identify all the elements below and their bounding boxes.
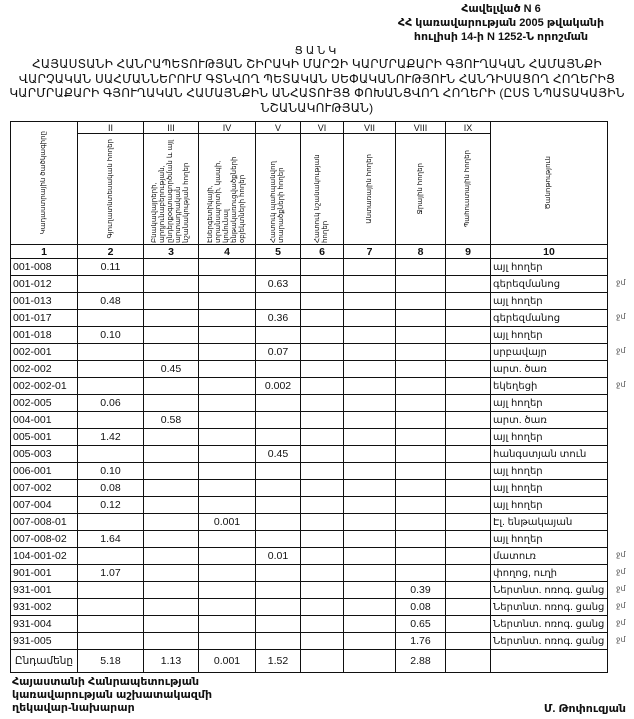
area-value bbox=[344, 378, 396, 395]
area-value bbox=[396, 395, 446, 412]
total-label: Ընդամենը bbox=[11, 650, 78, 673]
land-list-table: Կադաստրային ծածկագիրը II III IV V VI VII… bbox=[10, 121, 608, 673]
area-value bbox=[344, 395, 396, 412]
area-value bbox=[344, 565, 396, 582]
area-value bbox=[301, 412, 344, 429]
note-cell: հանգստյան տուն bbox=[491, 446, 608, 463]
note-cell: Ներտնտ. ոռոգ. ցանց bbox=[491, 599, 608, 616]
area-value bbox=[446, 429, 491, 446]
area-value bbox=[446, 497, 491, 514]
area-value bbox=[301, 429, 344, 446]
cadastral-code: 002-002 bbox=[11, 361, 78, 378]
area-value bbox=[301, 361, 344, 378]
total-cell: 2.88 bbox=[396, 650, 446, 673]
table-row: 901-0011.07փողոց, ուղի bbox=[11, 565, 608, 582]
area-value bbox=[344, 599, 396, 616]
document-heading: ՑԱՆԿ bbox=[0, 44, 634, 57]
area-value bbox=[344, 497, 396, 514]
area-value bbox=[144, 497, 199, 514]
area-value bbox=[199, 327, 256, 344]
area-value: 1.42 bbox=[78, 429, 144, 446]
note-cell: արտ. ծառ bbox=[491, 412, 608, 429]
area-value: 0.45 bbox=[144, 361, 199, 378]
area-value bbox=[256, 514, 301, 531]
cadastral-code: 002-001 bbox=[11, 344, 78, 361]
area-value bbox=[344, 548, 396, 565]
column-number: 1 bbox=[11, 245, 78, 259]
header-energy-transport: Էներգետիկայի, տրանսպորտի, կապի, կոմունալ… bbox=[199, 134, 256, 245]
column-number: 7 bbox=[344, 245, 396, 259]
area-value bbox=[344, 514, 396, 531]
header-note: Ծանոթություն bbox=[491, 122, 608, 245]
area-value bbox=[256, 616, 301, 633]
area-value bbox=[396, 514, 446, 531]
column-number: 5 bbox=[256, 245, 301, 259]
area-value bbox=[396, 293, 446, 310]
area-value bbox=[344, 582, 396, 599]
area-value bbox=[144, 344, 199, 361]
signatory-position: Հայաստանի Հանրապետության կառավարության ա… bbox=[12, 676, 212, 715]
area-value bbox=[199, 633, 256, 650]
area-value bbox=[301, 344, 344, 361]
area-value bbox=[78, 548, 144, 565]
roman-header: VIII bbox=[396, 122, 446, 134]
column-number-row: 1 2 3 4 5 6 7 8 9 10 bbox=[11, 245, 608, 259]
roman-header: VII bbox=[344, 122, 396, 134]
area-value bbox=[144, 548, 199, 565]
area-value bbox=[396, 497, 446, 514]
area-value bbox=[199, 310, 256, 327]
area-value bbox=[144, 616, 199, 633]
note-cell: այլ հողեր bbox=[491, 259, 608, 276]
table-row: 931-0051.76Ներտնտ. ոռոգ. ցանց bbox=[11, 633, 608, 650]
header-forest: Անտառային հողեր bbox=[344, 134, 396, 245]
roman-header-row: Կադաստրային ծածկագիրը II III IV V VI VII… bbox=[11, 122, 608, 134]
area-value bbox=[199, 276, 256, 293]
area-value bbox=[344, 344, 396, 361]
table-row: 007-0040.12այլ հողեր bbox=[11, 497, 608, 514]
area-value bbox=[344, 293, 396, 310]
table-row: 001-0080.11այլ հողեր bbox=[11, 259, 608, 276]
area-value bbox=[344, 531, 396, 548]
area-value: 0.06 bbox=[78, 395, 144, 412]
area-value bbox=[396, 548, 446, 565]
area-value bbox=[256, 412, 301, 429]
area-value: 0.12 bbox=[78, 497, 144, 514]
area-value bbox=[78, 276, 144, 293]
area-value bbox=[301, 582, 344, 599]
area-value bbox=[78, 599, 144, 616]
area-value: 0.10 bbox=[78, 327, 144, 344]
area-value: 1.64 bbox=[78, 531, 144, 548]
area-value bbox=[78, 412, 144, 429]
area-value bbox=[78, 446, 144, 463]
area-value bbox=[78, 344, 144, 361]
annex-number: Հավելված N 6 bbox=[376, 2, 626, 16]
column-number: 8 bbox=[396, 245, 446, 259]
area-value bbox=[446, 327, 491, 344]
area-value bbox=[256, 463, 301, 480]
area-value: 0.002 bbox=[256, 378, 301, 395]
area-value bbox=[344, 310, 396, 327]
area-value bbox=[301, 378, 344, 395]
header-special-purpose: Հատուկ նշանակության հողեր bbox=[301, 134, 344, 245]
roman-header: V bbox=[256, 122, 301, 134]
area-value bbox=[301, 633, 344, 650]
total-cell: 0.001 bbox=[199, 650, 256, 673]
area-value bbox=[199, 548, 256, 565]
roman-header: II bbox=[78, 122, 144, 134]
total-cell bbox=[344, 650, 396, 673]
area-value bbox=[301, 480, 344, 497]
area-value bbox=[344, 633, 396, 650]
margin-mark: ջմ bbox=[616, 278, 626, 287]
column-number: 9 bbox=[446, 245, 491, 259]
area-value bbox=[344, 412, 396, 429]
column-number: 2 bbox=[78, 245, 144, 259]
margin-mark: ջմ bbox=[616, 312, 626, 321]
area-value bbox=[446, 378, 491, 395]
area-value bbox=[396, 259, 446, 276]
area-value bbox=[446, 599, 491, 616]
area-value: 0.48 bbox=[78, 293, 144, 310]
area-value bbox=[256, 429, 301, 446]
signatory-name: Մ. Թոփուզյան bbox=[544, 702, 626, 715]
note-cell: այլ հողեր bbox=[491, 395, 608, 412]
note-cell: սրբավայր bbox=[491, 344, 608, 361]
area-value bbox=[446, 531, 491, 548]
note-cell: այլ հողեր bbox=[491, 497, 608, 514]
table-row: 002-0010.07սրբավայր bbox=[11, 344, 608, 361]
margin-mark: ջմ bbox=[616, 567, 626, 576]
cadastral-code: 007-002 bbox=[11, 480, 78, 497]
position-line: Հայաստանի Հանրապետության bbox=[12, 676, 212, 689]
area-value bbox=[446, 361, 491, 378]
cadastral-code: 001-017 bbox=[11, 310, 78, 327]
total-cell: 5.18 bbox=[78, 650, 144, 673]
cadastral-code: 931-001 bbox=[11, 582, 78, 599]
area-value bbox=[446, 463, 491, 480]
cadastral-code: 931-004 bbox=[11, 616, 78, 633]
table-row: 007-0020.08այլ հողեր bbox=[11, 480, 608, 497]
area-value bbox=[144, 531, 199, 548]
margin-mark: ջմ bbox=[616, 380, 626, 389]
cadastral-code: 104-001-02 bbox=[11, 548, 78, 565]
column-number: 4 bbox=[199, 245, 256, 259]
area-value bbox=[301, 548, 344, 565]
area-value bbox=[144, 395, 199, 412]
area-value bbox=[344, 327, 396, 344]
area-value bbox=[344, 480, 396, 497]
area-value bbox=[199, 616, 256, 633]
area-value bbox=[199, 429, 256, 446]
area-value bbox=[446, 480, 491, 497]
cadastral-code: 931-005 bbox=[11, 633, 78, 650]
area-value bbox=[344, 259, 396, 276]
table-row: 005-0011.42այլ հողեր bbox=[11, 429, 608, 446]
area-value bbox=[256, 259, 301, 276]
area-value bbox=[396, 327, 446, 344]
margin-mark: ջմ bbox=[616, 584, 626, 593]
area-value bbox=[301, 497, 344, 514]
area-value bbox=[199, 497, 256, 514]
area-value bbox=[446, 633, 491, 650]
area-value bbox=[446, 582, 491, 599]
table-row: 931-0040.65Ներտնտ. ոռոգ. ցանց bbox=[11, 616, 608, 633]
document-title: ՀԱՅԱՍՏԱՆԻ ՀԱՆՐԱՊԵՏՈՒԹՅԱՆ ՇԻՐԱԿԻ ՄԱՐԶԻ ԿԱ… bbox=[8, 57, 626, 115]
cadastral-code: 007-008-01 bbox=[11, 514, 78, 531]
area-value bbox=[144, 565, 199, 582]
area-value bbox=[301, 310, 344, 327]
area-value bbox=[301, 565, 344, 582]
area-value bbox=[396, 463, 446, 480]
area-value: 0.001 bbox=[199, 514, 256, 531]
roman-header: VI bbox=[301, 122, 344, 134]
area-value bbox=[256, 565, 301, 582]
area-value: 0.39 bbox=[396, 582, 446, 599]
area-value bbox=[256, 582, 301, 599]
header-settlements-industry: Բնակավայրերի, արդյունաբերության, ընդերքօ… bbox=[144, 134, 199, 245]
area-value bbox=[256, 599, 301, 616]
total-row: Ընդամենը 5.18 1.13 0.001 1.52 2.88 bbox=[11, 650, 608, 673]
table-row: 007-008-021.64այլ հողեր bbox=[11, 531, 608, 548]
note-cell: գերեզմանոց bbox=[491, 276, 608, 293]
area-value bbox=[199, 599, 256, 616]
cadastral-code: 001-018 bbox=[11, 327, 78, 344]
area-value bbox=[344, 616, 396, 633]
area-value bbox=[396, 361, 446, 378]
area-value: 0.63 bbox=[256, 276, 301, 293]
column-number: 3 bbox=[144, 245, 199, 259]
annex-decree-line: ՀՀ կառավարության 2005 թվականի bbox=[376, 16, 626, 30]
table-row: 004-0010.58արտ. ծառ bbox=[11, 412, 608, 429]
area-value bbox=[301, 259, 344, 276]
area-value: 0.45 bbox=[256, 446, 301, 463]
header-reserve: Պահուստային հողեր bbox=[446, 134, 491, 245]
cadastral-code: 006-001 bbox=[11, 463, 78, 480]
area-value bbox=[144, 293, 199, 310]
area-value bbox=[446, 548, 491, 565]
annex-decree-date: հուլիսի 14-ի N 1252-Ն որոշման bbox=[376, 30, 626, 44]
note-cell: այլ հողեր bbox=[491, 327, 608, 344]
area-value bbox=[256, 293, 301, 310]
area-value bbox=[301, 327, 344, 344]
area-value bbox=[199, 480, 256, 497]
cadastral-code: 001-012 bbox=[11, 276, 78, 293]
area-value bbox=[446, 412, 491, 429]
header-cadastral-code: Կադաստրային ծածկագիրը bbox=[11, 122, 78, 245]
roman-header: IV bbox=[199, 122, 256, 134]
note-cell: Ներտնտ. ոռոգ. ցանց bbox=[491, 633, 608, 650]
area-value bbox=[396, 310, 446, 327]
margin-mark: ջմ bbox=[616, 618, 626, 627]
table-row: 002-002-010.002եկեղեցի bbox=[11, 378, 608, 395]
note-cell: այլ հողեր bbox=[491, 531, 608, 548]
total-cell: 1.52 bbox=[256, 650, 301, 673]
area-value bbox=[256, 480, 301, 497]
area-value bbox=[446, 446, 491, 463]
total-cell: 1.13 bbox=[144, 650, 199, 673]
area-value bbox=[301, 599, 344, 616]
area-value bbox=[144, 259, 199, 276]
annex-reference: Հավելված N 6 ՀՀ կառավարության 2005 թվակա… bbox=[376, 2, 626, 44]
area-value bbox=[446, 344, 491, 361]
area-value: 0.01 bbox=[256, 548, 301, 565]
area-value bbox=[396, 565, 446, 582]
area-value bbox=[344, 446, 396, 463]
cadastral-code: 001-013 bbox=[11, 293, 78, 310]
area-value bbox=[396, 531, 446, 548]
table-row: 006-0010.10այլ հողեր bbox=[11, 463, 608, 480]
note-cell: եկեղեցի bbox=[491, 378, 608, 395]
note-cell: Ներտնտ. ոռոգ. ցանց bbox=[491, 582, 608, 599]
area-value bbox=[199, 395, 256, 412]
area-value bbox=[199, 446, 256, 463]
table-row: 005-0030.45հանգստյան տուն bbox=[11, 446, 608, 463]
area-value bbox=[396, 276, 446, 293]
area-value: 0.58 bbox=[144, 412, 199, 429]
area-value: 0.11 bbox=[78, 259, 144, 276]
note-cell: այլ հողեր bbox=[491, 293, 608, 310]
area-value bbox=[256, 395, 301, 412]
area-value bbox=[446, 276, 491, 293]
area-value bbox=[446, 565, 491, 582]
area-value bbox=[199, 378, 256, 395]
note-cell: այլ հողեր bbox=[491, 429, 608, 446]
area-value bbox=[446, 616, 491, 633]
area-value: 0.10 bbox=[78, 463, 144, 480]
area-value bbox=[144, 582, 199, 599]
area-value bbox=[144, 378, 199, 395]
table-row: 931-0020.08Ներտնտ. ոռոգ. ցանց bbox=[11, 599, 608, 616]
cadastral-code: 001-008 bbox=[11, 259, 78, 276]
cadastral-code: 004-001 bbox=[11, 412, 78, 429]
area-value bbox=[144, 463, 199, 480]
cadastral-code: 002-002-01 bbox=[11, 378, 78, 395]
area-value bbox=[256, 531, 301, 548]
area-value: 0.36 bbox=[256, 310, 301, 327]
table-row: 001-0130.48այլ հողեր bbox=[11, 293, 608, 310]
area-value bbox=[301, 446, 344, 463]
area-value bbox=[446, 310, 491, 327]
area-value bbox=[301, 616, 344, 633]
area-value bbox=[446, 395, 491, 412]
area-value bbox=[144, 446, 199, 463]
note-cell: այլ հողեր bbox=[491, 480, 608, 497]
note-cell: արտ. ծառ bbox=[491, 361, 608, 378]
area-value bbox=[344, 361, 396, 378]
header-agricultural: Գյուղատնտեսական հողեր bbox=[78, 134, 144, 245]
area-value bbox=[396, 344, 446, 361]
area-value bbox=[301, 463, 344, 480]
area-value bbox=[144, 429, 199, 446]
area-value bbox=[301, 276, 344, 293]
table-row: 001-0120.63գերեզմանոց bbox=[11, 276, 608, 293]
total-cell bbox=[301, 650, 344, 673]
area-value bbox=[144, 633, 199, 650]
area-value bbox=[144, 599, 199, 616]
table-row: 931-0010.39Ներտնտ. ոռոգ. ցանց bbox=[11, 582, 608, 599]
table-row: 002-0020.45արտ. ծառ bbox=[11, 361, 608, 378]
table-row: 001-0180.10այլ հողեր bbox=[11, 327, 608, 344]
area-value bbox=[301, 293, 344, 310]
area-value: 0.08 bbox=[78, 480, 144, 497]
area-value bbox=[396, 378, 446, 395]
margin-mark: ջմ bbox=[616, 601, 626, 610]
header-water: Ջրային հողեր bbox=[396, 134, 446, 245]
area-value bbox=[199, 293, 256, 310]
area-value bbox=[396, 480, 446, 497]
area-value bbox=[396, 446, 446, 463]
area-value bbox=[144, 276, 199, 293]
area-value: 1.07 bbox=[78, 565, 144, 582]
area-value bbox=[78, 633, 144, 650]
total-note bbox=[491, 650, 608, 673]
area-value bbox=[396, 429, 446, 446]
area-value bbox=[78, 616, 144, 633]
note-cell: Էլ. ենթակայան bbox=[491, 514, 608, 531]
area-value bbox=[446, 259, 491, 276]
note-cell: գերեզմանոց bbox=[491, 310, 608, 327]
cadastral-code: 901-001 bbox=[11, 565, 78, 582]
roman-header: III bbox=[144, 122, 199, 134]
area-value bbox=[344, 276, 396, 293]
total-cell bbox=[446, 650, 491, 673]
position-line: կառավարության աշխատակազմի bbox=[12, 689, 212, 702]
area-value bbox=[78, 361, 144, 378]
area-value bbox=[144, 310, 199, 327]
position-line: ղեկավար-նախարար bbox=[12, 702, 212, 715]
area-value bbox=[344, 463, 396, 480]
cadastral-code: 005-001 bbox=[11, 429, 78, 446]
column-number: 10 bbox=[491, 245, 608, 259]
area-value: 1.76 bbox=[396, 633, 446, 650]
area-value bbox=[144, 327, 199, 344]
area-value: 0.07 bbox=[256, 344, 301, 361]
area-value bbox=[78, 582, 144, 599]
area-value bbox=[199, 565, 256, 582]
area-value bbox=[199, 531, 256, 548]
area-value bbox=[199, 361, 256, 378]
area-value bbox=[256, 633, 301, 650]
cadastral-code: 931-002 bbox=[11, 599, 78, 616]
area-value bbox=[199, 259, 256, 276]
area-value bbox=[446, 514, 491, 531]
cadastral-code: 007-008-02 bbox=[11, 531, 78, 548]
area-value bbox=[344, 429, 396, 446]
cadastral-code: 005-003 bbox=[11, 446, 78, 463]
margin-mark: ջմ bbox=[616, 346, 626, 355]
area-value bbox=[301, 531, 344, 548]
note-cell: փողոց, ուղի bbox=[491, 565, 608, 582]
area-value: 0.65 bbox=[396, 616, 446, 633]
header-protected-areas: Հատուկ պահպանվող տարածքների հողեր bbox=[256, 134, 301, 245]
area-value bbox=[78, 378, 144, 395]
area-value bbox=[301, 514, 344, 531]
area-value bbox=[144, 480, 199, 497]
area-value bbox=[78, 514, 144, 531]
note-cell: Ներտնտ. ոռոգ. ցանց bbox=[491, 616, 608, 633]
area-value bbox=[78, 310, 144, 327]
table-row: 002-0050.06այլ հողեր bbox=[11, 395, 608, 412]
area-value bbox=[199, 412, 256, 429]
note-cell: այլ հողեր bbox=[491, 463, 608, 480]
area-value bbox=[256, 327, 301, 344]
cadastral-code: 002-005 bbox=[11, 395, 78, 412]
note-cell: մատուռ bbox=[491, 548, 608, 565]
area-value: 0.08 bbox=[396, 599, 446, 616]
margin-mark: ջմ bbox=[616, 635, 626, 644]
